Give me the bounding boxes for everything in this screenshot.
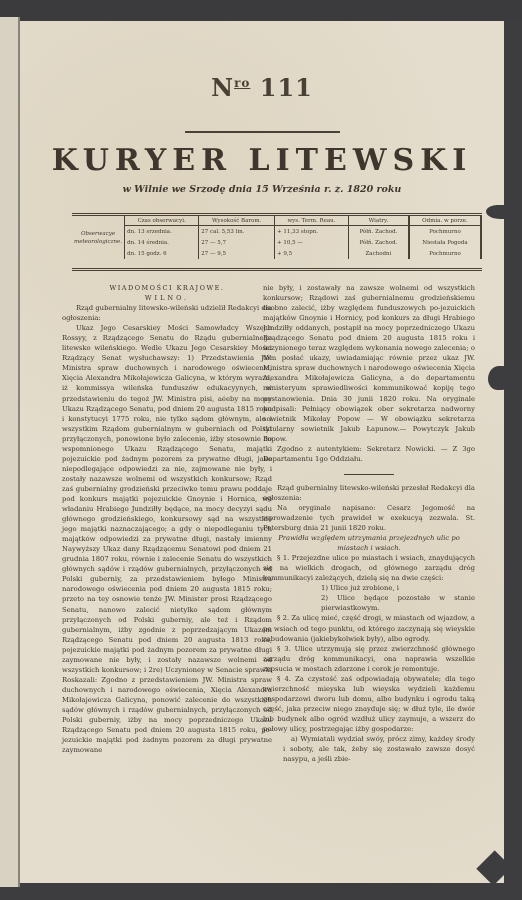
meteorological-table: Obserwacye meteorologiczne. Czas obserwa…: [72, 213, 482, 271]
meteo-wind: Półń. Zachod.: [348, 226, 409, 238]
article-paragraph: Na oryginale napisano: Cesarz Jegomość n…: [263, 503, 475, 533]
rule-list-item: 1) Ulice już zrobione, i: [263, 583, 475, 593]
meteo-barometer: 27 — 9,5: [199, 248, 275, 259]
newspaper-page: Nro 111 KURYER LITEWSKI w Wilnie we Srzo…: [20, 21, 504, 883]
meteo-header-barometer: Wysokość Barom.: [199, 216, 275, 226]
meteo-header-time: Czas obserwacyi.: [125, 216, 199, 226]
meteo-row: dn. 14 średnia. 27 — 5,7 + 10,5 — Półń. …: [72, 237, 481, 248]
meteo-time: dn. 14 średnia.: [125, 237, 199, 248]
rule-paragraph: § 2. Za ulicę mieć, część drogi, w miast…: [263, 613, 475, 643]
issue-number-value: 111: [260, 73, 313, 102]
meteo-thermometer: + 11,33 stopn.: [275, 226, 349, 238]
meteo-weather: Pochmurno: [409, 248, 481, 259]
dateline: w Wilnie we Srzodę dnia 15 Września r. z…: [20, 184, 504, 195]
meteo-thermometer: + 10,5 —: [275, 237, 349, 248]
viewer-top-bar: [0, 0, 522, 20]
meteo-wind: Półń. Zachod.: [348, 237, 409, 248]
meteo-thermometer: + 9,5: [275, 248, 349, 259]
issue-number: Nro 111: [20, 73, 504, 102]
article-paragraph: Zgodno z autentykiem: Sekretarz Nowicki.…: [263, 444, 475, 464]
article-paragraph: Rząd gubernialny litewsko-wileński przes…: [263, 483, 475, 503]
rule-paragraph: § 1. Przejezdne ulice po miastach i wsia…: [263, 553, 475, 583]
article-paragraph: nie były, i zostawały na zawsze wolnemi …: [263, 283, 475, 444]
meteo-time: dn. 15 godz. 6: [125, 248, 199, 259]
meteo-wind: Zachodni: [348, 248, 409, 259]
article-paragraph: Ukaz Jego Cesarskiey Mości Samowładcy Ws…: [62, 323, 272, 755]
issue-number-prefix: N: [211, 73, 234, 102]
meteo-row: dn. 15 godz. 6 27 — 9,5 + 9,5 Zachodni P…: [72, 248, 481, 259]
page-tear: [486, 205, 512, 219]
meteo-weather: Niestała Pogoda: [409, 237, 481, 248]
meteo-label: Obserwacye meteorologiczne.: [72, 216, 125, 259]
rule-paragraph: § 4. Za czystość zaś odpowiadają obywate…: [263, 674, 475, 734]
meteo-barometer: 27 cal. 5,53 lin.: [199, 226, 275, 238]
article-separator: [344, 474, 394, 475]
title-rule: [185, 131, 340, 133]
section-heading: WIADOMOŚCI KRAJOWE.: [62, 283, 272, 293]
article-paragraph: Rząd gubernialny litewsko-wileński udzie…: [62, 303, 272, 323]
meteo-row: dn. 13 srzednia. 27 cal. 5,53 lin. + 11,…: [72, 226, 481, 238]
meteo-header-thermometer: wys. Term. Reau.: [275, 216, 349, 226]
city-heading: WILNO.: [62, 293, 272, 303]
meteo-time: dn. 13 srzednia.: [125, 226, 199, 238]
meteo-barometer: 27 — 5,7: [199, 237, 275, 248]
meteo-weather: Pochmurno: [409, 226, 481, 238]
issue-number-sup: ro: [234, 76, 250, 90]
rule-list-item: 2) Ulice będące pozostałe w stanie pierw…: [263, 593, 475, 613]
rule-paragraph: § 3. Ulice utrzymują się przez zwierzchn…: [263, 644, 475, 674]
page-tear: [488, 366, 508, 390]
rule-subitem: a) Wymiatali wydział swóy, prócz zimy, k…: [263, 734, 475, 764]
meteo-header-wind: Wiatry.: [348, 216, 409, 226]
right-column: nie były, i zostawały na zawsze wolnemi …: [263, 283, 475, 764]
masthead-title: KURYER LITEWSKI: [20, 143, 504, 178]
rules-title: Prawidła względem utrzymania przejezdnyc…: [263, 533, 475, 553]
meteo-header-weather: Odmia. w porze.: [409, 216, 481, 226]
left-column: WIADOMOŚCI KRAJOWE. WILNO. Rząd gubernia…: [62, 283, 272, 755]
previous-page-edge: [0, 17, 20, 887]
